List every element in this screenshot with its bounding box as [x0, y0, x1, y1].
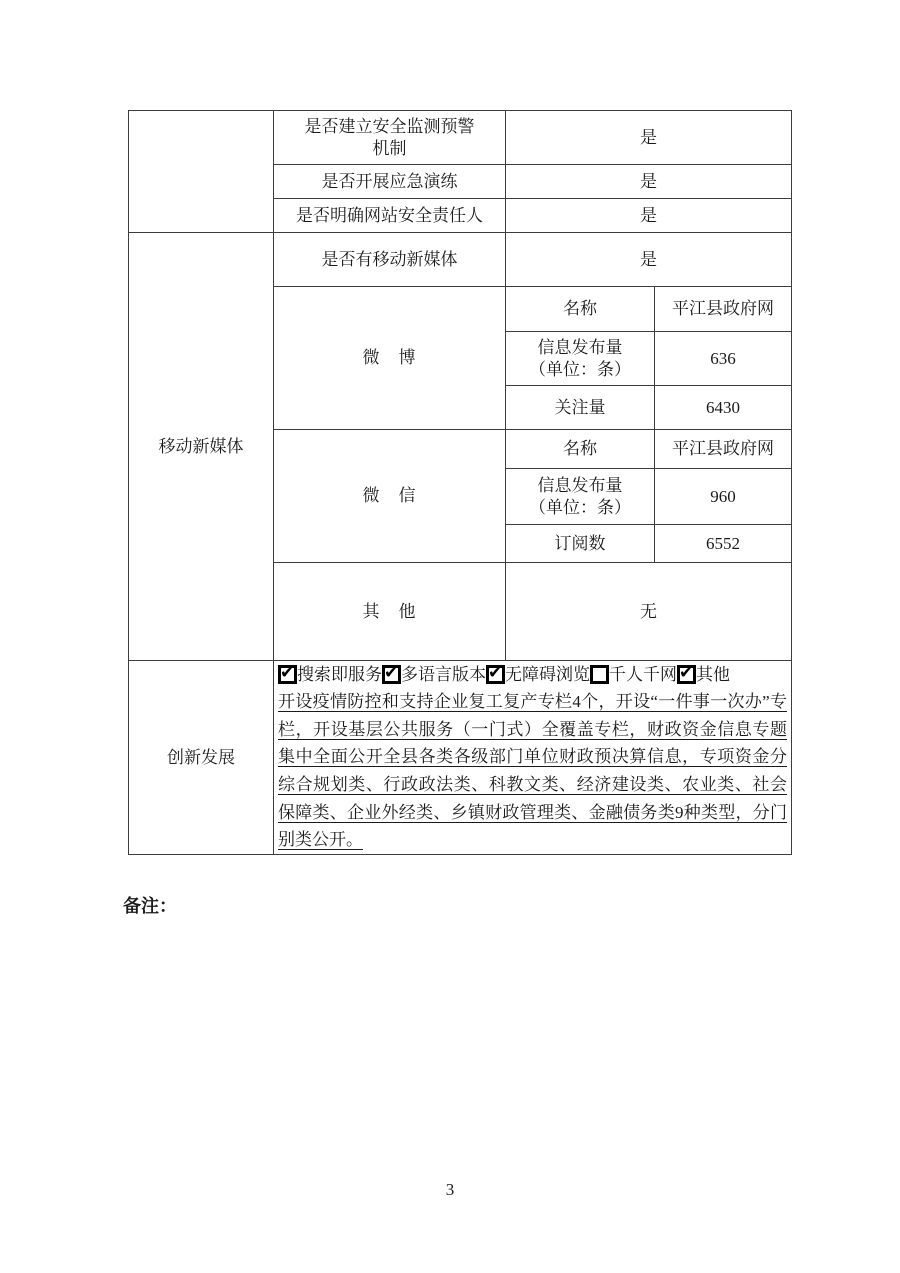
wechat-subscribers-value: 6552 — [655, 525, 792, 563]
security-question-1-text: 是否建立安全监测预警机制 — [299, 116, 481, 160]
checkbox-item: 搜索即服务 — [278, 664, 382, 686]
security-answer-1: 是 — [506, 111, 792, 165]
has-mobile-answer: 是 — [506, 233, 792, 287]
checkbox-item: 其他 — [677, 664, 730, 686]
document-page: 是否建立安全监测预警机制 是 是否开展应急演练 是 是否明确网站安全责任人 是 … — [0, 0, 900, 1273]
weibo-publish-label-line2: （单位：条） — [510, 359, 650, 381]
mobile-media-section-label: 移动新媒体 — [129, 233, 274, 661]
weibo-publish-label-line1: 信息发布量 — [510, 337, 650, 359]
innovation-checkbox-line: 搜索即服务 多语言版本 无障碍浏览 千人千网 — [278, 661, 787, 688]
other-media-value: 无 — [506, 563, 792, 661]
security-question-3: 是否明确网站安全责任人 — [274, 199, 506, 233]
table-row: 创新发展 搜索即服务 多语言版本 无障碍浏览 — [129, 661, 792, 855]
checkbox-icon — [382, 665, 401, 684]
checkbox-label: 无障碍浏览 — [505, 664, 590, 686]
checkbox-label: 搜索即服务 — [297, 664, 382, 686]
checkbox-item: 千人千网 — [590, 664, 677, 686]
table-row: 移动新媒体 是否有移动新媒体 是 — [129, 233, 792, 287]
security-section-cell-empty — [129, 111, 274, 233]
checkbox-label: 多语言版本 — [401, 664, 486, 686]
innovation-description: 开设疫情防控和支持企业复工复产专栏4个，开设“一件事一次办”专栏，开设基层公共服… — [278, 688, 787, 854]
innovation-section-label: 创新发展 — [129, 661, 274, 855]
wechat-publish-label-line2: （单位：条） — [510, 497, 650, 519]
checkbox-icon — [278, 665, 297, 684]
weibo-followers-label: 关注量 — [506, 386, 655, 430]
other-media-label: 其 他 — [274, 563, 506, 661]
checkbox-item: 多语言版本 — [382, 664, 486, 686]
weibo-publish-value: 636 — [655, 332, 792, 386]
note-label: 备注： — [123, 892, 177, 918]
wechat-publish-value: 960 — [655, 469, 792, 525]
checkbox-label: 其他 — [696, 664, 730, 686]
wechat-group-label: 微 信 — [274, 430, 506, 563]
weibo-group-label: 微 博 — [274, 287, 506, 430]
wechat-name-value: 平江县政府网 — [655, 430, 792, 469]
annual-report-table: 是否建立安全监测预警机制 是 是否开展应急演练 是 是否明确网站安全责任人 是 … — [128, 110, 792, 855]
weibo-name-value: 平江县政府网 — [655, 287, 792, 332]
weibo-publish-label: 信息发布量 （单位：条） — [506, 332, 655, 386]
checkbox-icon — [677, 665, 696, 684]
wechat-subscribers-label: 订阅数 — [506, 525, 655, 563]
security-answer-2: 是 — [506, 165, 792, 199]
table-row: 是否建立安全监测预警机制 是 — [129, 111, 792, 165]
wechat-name-label: 名称 — [506, 430, 655, 469]
security-question-1: 是否建立安全监测预警机制 — [274, 111, 506, 165]
checkbox-label: 千人千网 — [609, 664, 677, 686]
wechat-publish-label: 信息发布量 （单位：条） — [506, 469, 655, 525]
weibo-followers-value: 6430 — [655, 386, 792, 430]
page-number: 3 — [0, 1180, 900, 1200]
has-mobile-question: 是否有移动新媒体 — [274, 233, 506, 287]
checkbox-icon — [486, 665, 505, 684]
security-answer-3: 是 — [506, 199, 792, 233]
checkbox-icon — [590, 665, 609, 684]
innovation-content-cell: 搜索即服务 多语言版本 无障碍浏览 千人千网 — [274, 661, 792, 855]
security-question-2: 是否开展应急演练 — [274, 165, 506, 199]
checkbox-item: 无障碍浏览 — [486, 664, 590, 686]
weibo-name-label: 名称 — [506, 287, 655, 332]
wechat-publish-label-line1: 信息发布量 — [510, 475, 650, 497]
